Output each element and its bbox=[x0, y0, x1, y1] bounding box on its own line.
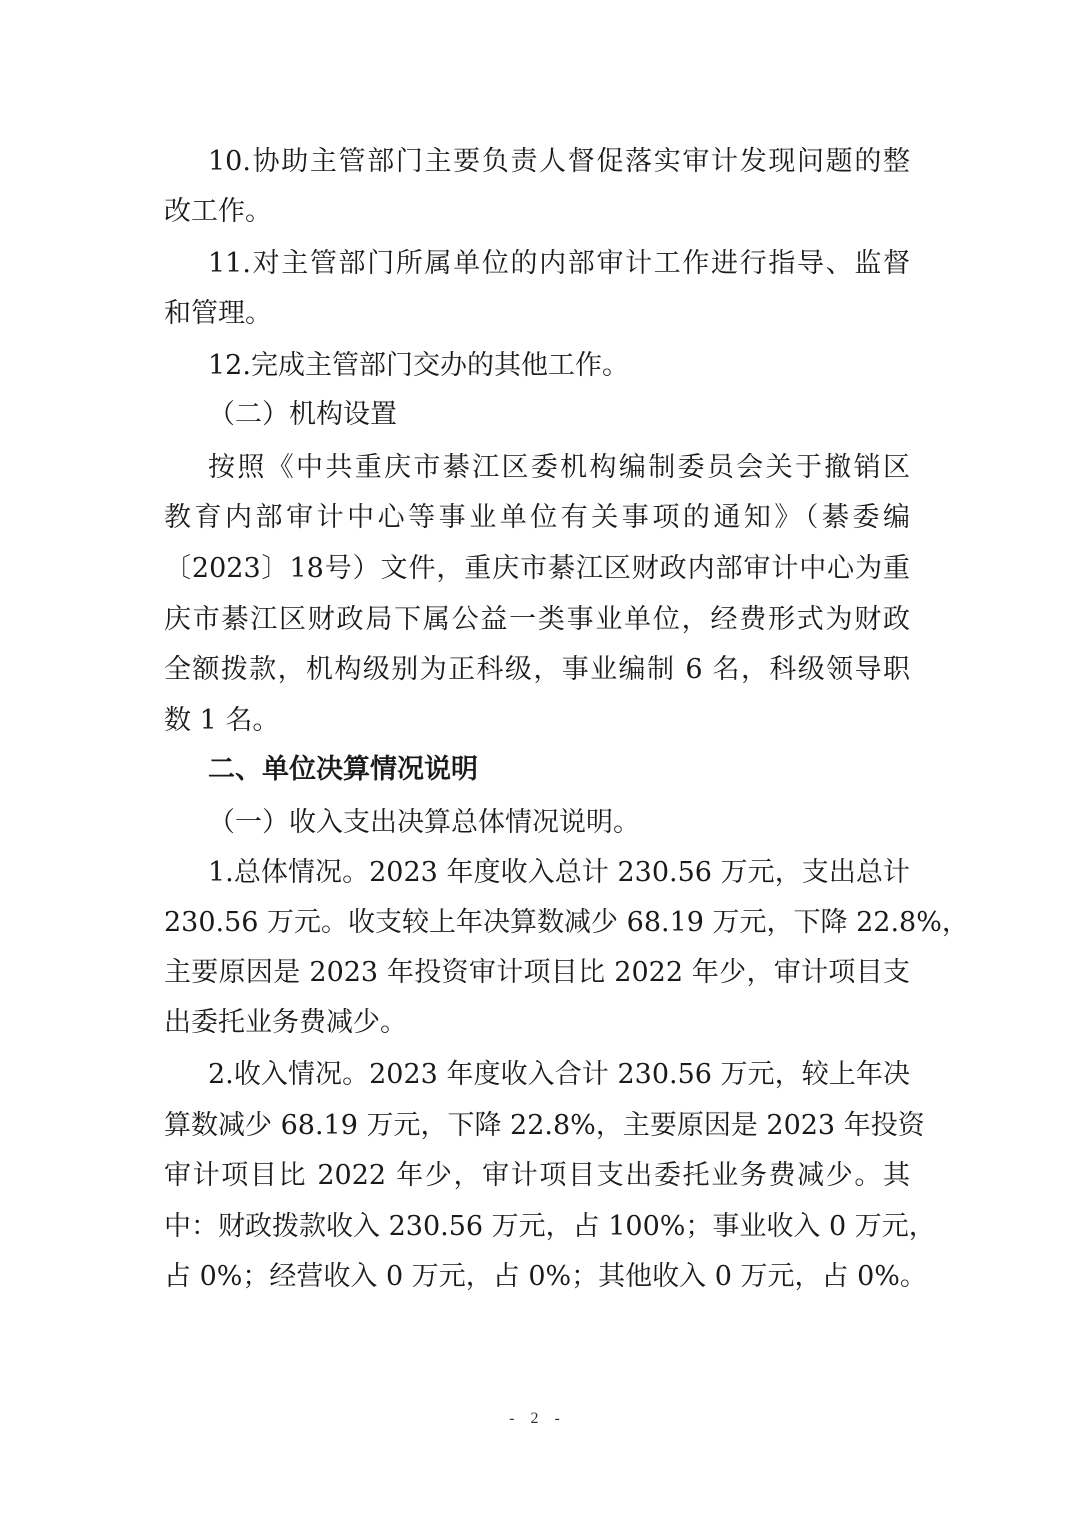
paragraph-line: 10.协助主管部门主要负责人督促落实审计发现问题的整 bbox=[208, 144, 910, 180]
paragraph-line: 庆市綦江区财政局下属公益一类事业单位，经费形式为财政 bbox=[164, 602, 910, 638]
paragraph-line: （二）机构设置 bbox=[208, 397, 397, 433]
document-page: 10.协助主管部门主要负责人督促落实审计发现问题的整改工作。11.对主管部门所属… bbox=[0, 0, 1075, 1520]
paragraph-line: 数 1 名。 bbox=[164, 703, 279, 739]
paragraph-line: 1.总体情况。2023 年度收入总计 230.56 万元，支出总计 bbox=[208, 855, 910, 891]
paragraph-line: 11.对主管部门所属单位的内部审计工作进行指导、监督 bbox=[208, 246, 910, 282]
paragraph-line: 改工作。 bbox=[164, 194, 272, 230]
paragraph-line: 主要原因是 2023 年投资审计项目比 2022 年少，审计项目支 bbox=[164, 955, 910, 991]
page-number: - 2 - bbox=[0, 1410, 1075, 1428]
paragraph-line: 按照《中共重庆市綦江区委机构编制委员会关于撤销区 bbox=[208, 450, 910, 486]
paragraph-line: 中：财政拨款收入 230.56 万元，占 100%；事业收入 0 万元， bbox=[164, 1209, 910, 1245]
section-heading: 二、单位决算情况说明 bbox=[208, 752, 478, 788]
paragraph-line: 230.56 万元。收支较上年决算数减少 68.19 万元，下降 22.8%， bbox=[164, 905, 910, 941]
paragraph-line: 教育内部审计中心等事业单位有关事项的通知》（綦委编 bbox=[164, 500, 910, 536]
paragraph-line: 算数减少 68.19 万元，下降 22.8%，主要原因是 2023 年投资 bbox=[164, 1108, 910, 1144]
paragraph-line: 和管理。 bbox=[164, 296, 272, 332]
paragraph-line: 审计项目比 2022 年少，审计项目支出委托业务费减少。其 bbox=[164, 1158, 910, 1194]
paragraph-line: 〔2023〕18号）文件，重庆市綦江区财政内部审计中心为重 bbox=[164, 551, 910, 587]
paragraph-line: 占 0%；经营收入 0 万元，占 0%；其他收入 0 万元，占 0%。 bbox=[164, 1259, 910, 1295]
paragraph-line: 2.收入情况。2023 年度收入合计 230.56 万元，较上年决 bbox=[208, 1057, 910, 1093]
paragraph-line: （一）收入支出决算总体情况说明。 bbox=[208, 805, 640, 841]
paragraph-line: 出委托业务费减少。 bbox=[164, 1005, 407, 1041]
paragraph-line: 全额拨款，机构级别为正科级，事业编制 6 名，科级领导职 bbox=[164, 652, 910, 688]
paragraph-line: 12.完成主管部门交办的其他工作。 bbox=[208, 348, 629, 384]
